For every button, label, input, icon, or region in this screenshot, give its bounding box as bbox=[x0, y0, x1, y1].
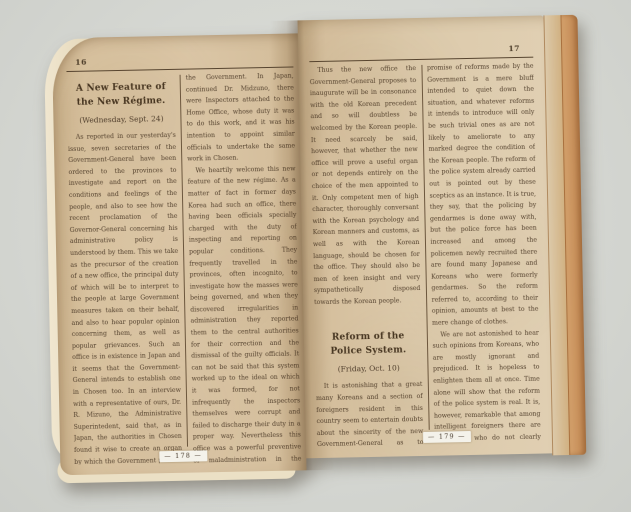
right-page: 17 Thus the new office the Government-Ge… bbox=[297, 15, 552, 458]
article-heading: A New Feature of the New Régime. bbox=[69, 81, 174, 110]
page-number-right: 17 bbox=[508, 44, 520, 53]
article-paragraph: It is astonishing that a great many Kore… bbox=[316, 379, 425, 448]
book-pages: 16 A New Feature of the New Régime. (Wed… bbox=[52, 15, 587, 475]
article-paragraph: promise of reforms made by the Governmen… bbox=[427, 61, 539, 330]
article-paragraph: Thus the new office the Government-Gener… bbox=[309, 63, 420, 309]
article-paragraph: We are not astonished to hear such opini… bbox=[432, 327, 541, 448]
left-page-columns: A New Feature of the New Régime. (Wednes… bbox=[67, 70, 302, 464]
page-footer-label-left: — 178 — bbox=[159, 450, 207, 462]
left-page: 16 A New Feature of the New Régime. (Wed… bbox=[52, 33, 307, 475]
page-footer-label-right: — 179 — bbox=[423, 431, 471, 443]
left-page-column-2: the Government. In Japan, continued Dr. … bbox=[186, 70, 302, 462]
right-page-columns: Thus the new office the Government-Gener… bbox=[309, 61, 541, 448]
article-paragraph: the Government. In Japan, continued Dr. … bbox=[186, 70, 296, 165]
page-number-left: 16 bbox=[75, 58, 87, 67]
right-page-column-1: Thus the new office the Government-Gener… bbox=[309, 63, 423, 448]
article-dateline: (Friday, Oct. 10) bbox=[315, 363, 422, 374]
book: 16 A New Feature of the New Régime. (Wed… bbox=[52, 15, 587, 475]
right-page-column-2: promise of reforms made by the Governmen… bbox=[427, 61, 541, 446]
article-dateline: (Wednesday, Sept. 24) bbox=[67, 114, 175, 125]
article-paragraph: As reported in our yesterday's issue, se… bbox=[68, 130, 183, 465]
article-heading: Reform of the Police System. bbox=[317, 330, 420, 359]
article-paragraph: We heartily welcome this new feature of … bbox=[187, 163, 301, 465]
left-page-column-1: A New Feature of the New Régime. (Wednes… bbox=[67, 73, 183, 465]
